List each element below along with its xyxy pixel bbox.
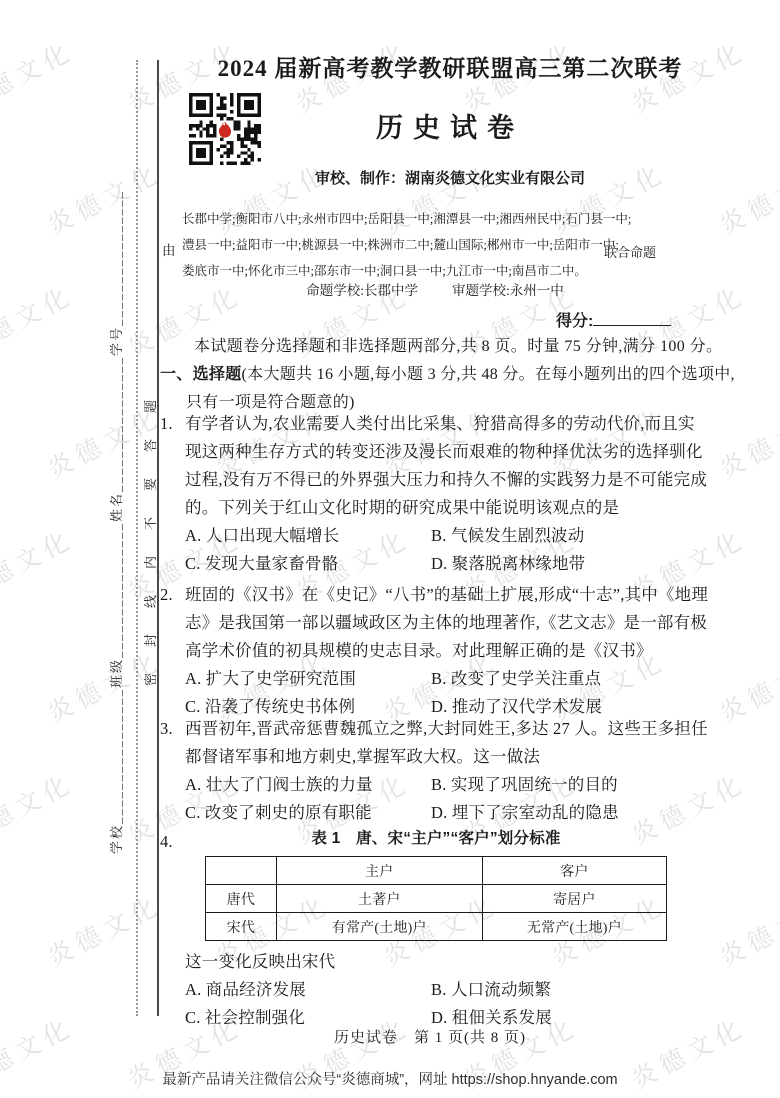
joint-by-char: 由 bbox=[162, 239, 176, 259]
table-cell: 有常产(土地)户 bbox=[276, 913, 482, 941]
option-d: D. 埋下了宗室动乱的隐患 bbox=[431, 799, 710, 827]
table-cell: 土著户 bbox=[276, 885, 482, 913]
question-3: 3. 西晋初年,晋武帝惩曹魏孤立之弊,大封同姓王,多达 27 人。这些王多担任都… bbox=[160, 715, 710, 827]
question-number: 4. bbox=[160, 828, 173, 856]
question-number: 3. bbox=[160, 715, 173, 743]
options: A. 扩大了史学研究范围 B. 改变了史学关注重点 C. 沿袭了传统史书体例 D… bbox=[185, 665, 710, 721]
table-1: 主户 客户 唐代 土著户 寄居户 宋代 有常产(土地)户 无常产(土地)户 bbox=[205, 856, 667, 941]
seal-dotted-line bbox=[136, 60, 138, 1016]
options: A. 壮大了门阀士族的力量 B. 实现了巩固统一的目的 C. 改变了刺史的原有职… bbox=[185, 771, 710, 827]
table-header-row: 主户 客户 bbox=[206, 857, 667, 885]
school-list-line: 澧县一中;益阳市一中;桃源县一中;株洲市二中;麓山国际;郴州市一中;岳阳市一中; bbox=[182, 232, 612, 258]
score-field: 得分: bbox=[556, 308, 671, 331]
option-a: A. 商品经济发展 bbox=[185, 976, 431, 1004]
option-b: B. 实现了巩固统一的目的 bbox=[431, 771, 710, 799]
options: A. 商品经济发展 B. 人口流动频繁 C. 社会控制强化 D. 租佃关系发展 bbox=[185, 976, 710, 1032]
question-number: 2. bbox=[160, 581, 173, 609]
score-blank-line bbox=[593, 311, 671, 326]
question-stem: 这一变化反映出宋代 bbox=[185, 948, 710, 976]
question-stem: 班固的《汉书》在《史记》“八书”的基础上扩展,形成“十志”,其中《地理志》是我国… bbox=[185, 581, 710, 665]
watermark-text: 炎德文化 bbox=[0, 764, 79, 852]
school-list-line: 长郡中学;衡阳市八中;永州市四中;岳阳县一中;湘潭县一中;湘西州民中;石门县一中… bbox=[182, 206, 612, 232]
option-b: B. 人口流动频繁 bbox=[431, 976, 710, 1004]
table-cell: 寄居户 bbox=[482, 885, 666, 913]
watermark-text: 炎德文化 bbox=[0, 276, 79, 364]
table-cell: 宋代 bbox=[206, 913, 277, 941]
table-header-cell bbox=[206, 857, 277, 885]
option-b: B. 气候发生剧烈波动 bbox=[431, 522, 710, 550]
options: A. 人口出现大幅增长 B. 气候发生剧烈波动 C. 发现大量家畜骨骼 D. 聚… bbox=[185, 522, 710, 578]
option-c: C. 改变了刺史的原有职能 bbox=[185, 799, 431, 827]
watermark-text: 炎德文化 bbox=[41, 886, 168, 974]
option-a: A. 壮大了门阀士族的力量 bbox=[185, 771, 431, 799]
question-stem: 西晋初年,晋武帝惩曹魏孤立之弊,大封同姓王,多达 27 人。这些王多担任都督诸军… bbox=[185, 715, 710, 771]
proposer-school: 命题学校:长郡中学 bbox=[306, 279, 418, 299]
section-heading-line2: 只有一项是符合题意的) bbox=[186, 389, 355, 412]
page-number-label: 历史试卷 第 1 页(共 8 页) bbox=[160, 1026, 700, 1047]
producer-line: 审校、制作：湖南炎德文化实业有限公司 bbox=[160, 167, 740, 188]
table-header-cell: 主户 bbox=[276, 857, 482, 885]
watermark-text: 炎德文化 bbox=[41, 154, 168, 242]
section-label: 一、选择题 bbox=[160, 366, 242, 383]
table-caption: 表 1 唐、宋“主户”“客户”划分标准 bbox=[205, 828, 667, 850]
proposer-row: 命题学校:长郡中学 审题学校:永州一中 bbox=[200, 279, 670, 299]
option-d: D. 聚落脱离林缘地带 bbox=[431, 550, 710, 578]
question-number: 1. bbox=[160, 410, 173, 438]
watermark-text: 炎德文化 bbox=[713, 886, 780, 974]
promo-footer: 最新产品请关注微信公众号“炎德商城”，网址 https://shop.hnyan… bbox=[0, 1068, 780, 1089]
option-a: A. 扩大了史学研究范围 bbox=[185, 665, 431, 693]
joint-label: 联合命题 bbox=[604, 242, 656, 261]
subject-title: 历史试卷 bbox=[160, 106, 740, 145]
section-heading-rest: (本大题共 16 小题,每小题 3 分,共 48 分。在每小题列出的四个选项中, bbox=[242, 366, 735, 383]
option-b: B. 改变了史学关注重点 bbox=[431, 665, 710, 693]
section-heading: 一、选择题(本大题共 16 小题,每小题 3 分,共 48 分。在每小题列出的四… bbox=[160, 361, 738, 384]
watermark-text: 炎德文化 bbox=[0, 32, 79, 120]
question-4: 4. 表 1 唐、宋“主户”“客户”划分标准 主户 客户 唐代 土著户 寄居户 … bbox=[160, 828, 710, 1032]
seal-line-notice: 密封线内不要答题 bbox=[140, 374, 159, 686]
watermark-text: 炎德文化 bbox=[713, 642, 780, 730]
score-label: 得分: bbox=[556, 313, 593, 330]
question-2: 2. 班固的《汉书》在《史记》“八书”的基础上扩展,形成“十志”,其中《地理志》… bbox=[160, 581, 710, 721]
question-1: 1. 有学者认为,农业需要人类付出比采集、狩猎高得多的劳动代价,而且实现这两种生… bbox=[160, 410, 710, 578]
exam-paper-page: 炎德文化炎德文化炎德文化炎德文化炎德文化炎德文化炎德文化炎德文化炎德文化炎德文化… bbox=[0, 0, 780, 1098]
exam-title: 2024 届新高考教学教研联盟高三第二次联考 bbox=[160, 50, 740, 83]
option-a: A. 人口出现大幅增长 bbox=[185, 522, 431, 550]
option-c: C. 发现大量家畜骨骼 bbox=[185, 550, 431, 578]
watermark-text: 炎德文化 bbox=[713, 398, 780, 486]
table-row: 唐代 土著户 寄居户 bbox=[206, 885, 667, 913]
school-list: 长郡中学;衡阳市八中;永州市四中;岳阳县一中;湘潭县一中;湘西州民中;石门县一中… bbox=[182, 206, 612, 284]
student-info-fields: 学校________________班级________________姓名__… bbox=[106, 190, 125, 854]
exam-instructions: 本试题卷分选择题和非选择题两部分,共 8 页。时量 75 分钟,满分 100 分… bbox=[160, 333, 732, 356]
table-header-cell: 客户 bbox=[482, 857, 666, 885]
table-cell: 唐代 bbox=[206, 885, 277, 913]
table-cell: 无常产(土地)户 bbox=[482, 913, 666, 941]
watermark-text: 炎德文化 bbox=[0, 520, 79, 608]
table-row: 宋代 有常产(土地)户 无常产(土地)户 bbox=[206, 913, 667, 941]
reviewer-school: 审题学校:永州一中 bbox=[452, 279, 564, 299]
question-stem: 有学者认为,农业需要人类付出比采集、狩猎高得多的劳动代价,而且实现这两种生存方式… bbox=[185, 410, 710, 522]
